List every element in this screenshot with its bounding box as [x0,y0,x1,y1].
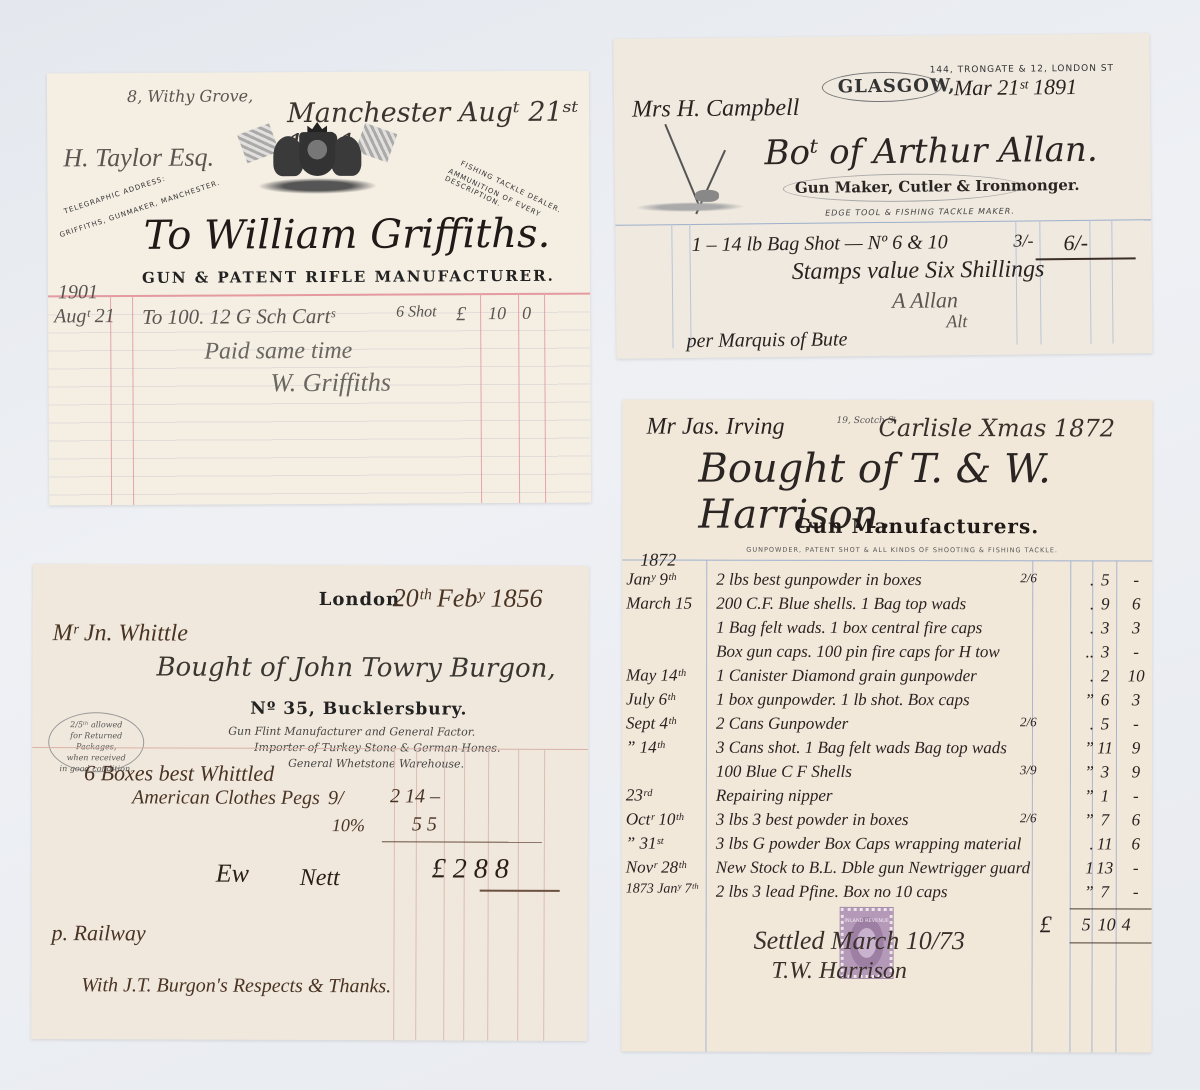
row-shillings: 9 [1090,594,1120,614]
table-row: Novʳ 28ᵗʰNew Stock to B.L. Dble gun Newt… [622,858,1152,883]
entry-description: To 100. 12 G Sch Cartˢ [142,304,335,330]
date: 20ᵗʰ Febʸ 1856 [393,583,543,614]
row-pence: - [1122,882,1150,902]
table-row: Box gun caps. 100 pin fire caps for H to… [622,642,1152,667]
shipping-note: p. Railway [51,920,145,946]
merchant-name: Bought of John Towry Burgon, [156,652,555,683]
table-row: July 6ᵗʰ1 box gunpowder. 1 lb shot. Box … [622,690,1152,715]
row-shillings: 3 [1090,618,1120,638]
invoice-burgon: London 20ᵗʰ Febʸ 1856 Mʳ Jn. Whittle Bou… [31,564,589,1041]
entry-description: 6 Boxes best Whittled [84,760,274,787]
recipient: H. Taylor Esq. [63,143,214,174]
row-date: Novʳ 28ᵗʰ [626,858,712,878]
row-pence: 3 [1122,690,1150,710]
telegraphic-address-line1: Telegraphic Address: [63,175,167,216]
row-description: 1 Canister Diamond grain gunpowder [716,666,1096,687]
total-shillings: 10 [1098,914,1116,935]
merchant-name: To William Griffiths. [144,211,551,259]
row-description: 1 box gunpowder. 1 lb shot. Box caps [716,690,1096,711]
row-pence: 6 [1122,594,1150,614]
city: GLASGOW, [838,75,956,97]
row-description: 3 lbs G powder Box Caps wrapping materia… [716,834,1096,855]
table-row: Janʸ 9ᵗʰ2 lbs best gunpowder in boxes2/6… [622,570,1152,595]
discount-amount: 5 5 [412,813,437,836]
row-shillings: 3 [1090,642,1120,662]
row-pence: 6 [1122,834,1150,854]
entry-amount: 6/- [1063,230,1088,256]
row-description: Box gun caps. 100 pin fire caps for H to… [716,642,1096,663]
stamp-text: INLAND REVENUE [844,918,890,924]
entry-shillings: 10 [488,303,506,324]
entry-rate: 6 Shot [396,303,437,321]
table-row: 1 Bag felt wads. 1 box central fire caps… [622,618,1152,643]
signature-initials: Alt [946,311,967,332]
line-item: 6 Boxes best Whittled American Clothes P… [33,564,589,566]
row-description: New Stock to B.L. Dble gun Newtrigger gu… [716,858,1096,879]
row-date: March 15 [626,594,712,614]
row-shillings: 5 [1090,714,1120,734]
stamps-note: Stamps value Six Shillings [792,256,1045,286]
receipt-note: Paid same time [204,338,352,366]
row-pence: - [1122,858,1150,878]
entry-date: Augᵗ 21 [54,305,115,328]
entry-amount: 2 14 – [390,785,440,808]
row-rate: 2/6 [1020,714,1060,730]
total-pound-symbol: £ [1040,912,1052,939]
invoice-total: £ 5 10 4 [623,400,1153,401]
row-description: 200 C.F. Blue shells. 1 Bag top wads [716,594,1096,615]
row-pence: 9 [1122,762,1150,782]
trade-line-1: Gun Flint Manufacturer and General Facto… [228,725,475,739]
row-description: 3 Cans shot. 1 Bag felt wads Bag top wad… [716,738,1096,759]
trade-line: GUN & PATENT RIFLE MANUFACTURER. [142,267,555,287]
row-shillings: 3 [1090,762,1120,782]
row-pence: - [1122,714,1150,734]
row-shillings: 6 [1090,690,1120,710]
table-row: May 14ᵗʰ1 Canister Diamond grain gunpowd… [622,666,1152,691]
row-pence: 3 [1122,618,1150,638]
entry-description-2: American Clothes Pegs [132,786,320,810]
row-pence: 10 [1122,666,1150,686]
line-item: 1 – 14 lb Bag Shot — Nº 6 & 10 3/- 6/- [613,33,1149,39]
row-date: 23ʳᵈ [626,786,712,806]
row-pence: - [1122,786,1150,806]
discount-label: 10% [332,815,365,836]
recipient: Mrs H. Campbell [632,95,800,124]
closing-note: With J.T. Burgon's Respects & Thanks. [81,974,391,998]
signature: T.W. Harrison [772,958,907,985]
fishing-rod-and-gun-engraving-icon [634,123,745,214]
entry-description: 1 – 14 lb Bag Shot — Nº 6 & 10 [691,231,947,257]
address: 8, Withy Grove, [127,86,253,106]
table-row: ” 31ˢᵗ3 lbs G powder Box Caps wrapping m… [622,834,1152,859]
signature: W. Griffiths [270,368,391,399]
row-pence: 6 [1122,810,1150,830]
recipient: Mʳ Jn. Whittle [53,620,188,647]
row-date: 1873 Janʸ 7ᵗʰ [626,882,712,898]
trade-line: Gun Manufacturers. [794,514,1039,538]
table-row: 1873 Janʸ 7ᵗʰ2 lbs 3 lead Pfine. Box no … [622,882,1152,907]
row-description: 1 Bag felt wads. 1 box central fire caps [716,618,1096,639]
row-date: Sept 4ᵗʰ [626,714,712,734]
row-description: Repairing nipper [716,786,1096,807]
table-row: ” 14ᵗʰ3 Cans shot. 1 Bag felt wads Bag t… [622,738,1152,763]
row-description: 2 lbs 3 lead Pfine. Box no 10 caps [716,882,1096,903]
ledger-rows: Janʸ 9ᵗʰ2 lbs best gunpowder in boxes2/6… [622,570,1152,571]
sub-trade-line: EDGE TOOL & FISHING TACKLE MAKER. [825,207,1015,218]
total-pounds: 5 [1082,914,1091,935]
merchant-name: Boᵗ of Arthur Allan. [764,130,1098,173]
row-date: July 6ᵗʰ [626,690,712,710]
row-date: Janʸ 9ᵗʰ [626,570,712,590]
entry-pence: 0 [522,303,531,324]
table-row: 23ʳᵈRepairing nipper”1- [622,786,1152,811]
row-shillings: 11 [1090,834,1120,854]
sub-trade-line: GUNPOWDER, PATENT SHOT & ALL KINDS OF SH… [746,546,1058,555]
entry-rate: 3/- [1013,230,1033,251]
signature: A Allan [892,287,958,314]
row-shillings: 7 [1090,882,1120,902]
line-item: 10% 5 5 [33,564,589,566]
invoice-harrison: Mr Jas. Irving 19, Scotch Sᵗ Carlisle Xm… [621,400,1152,1053]
row-rate: 2/6 [1020,810,1060,826]
invoice-griffiths: 8, Withy Grove, Manchester Augᵗ 21ˢᵗ 190… [47,71,591,506]
row-date: May 14ᵗʰ [626,666,712,686]
row-shillings: 11 [1090,738,1120,758]
oval-line-1: 2/5ᵗʰ allowed [49,719,143,730]
oval-line-2: for Returned Packages, [49,730,143,752]
trade-line-3: General Whetstone Warehouse. [288,757,464,771]
row-pence: - [1122,642,1150,662]
row-date: ” 31ˢᵗ [626,834,712,854]
row-shillings: 1 [1090,786,1120,806]
nett-label: Nett [300,865,340,892]
recipient: Mr Jas. Irving [646,414,784,441]
place-date: Carlisle Xmas 1872 [878,414,1115,442]
row-date: ” 14ᵗʰ [626,738,712,758]
line-item: Augᵗ 21 To 100. 12 G Sch Cartˢ 6 Shot £ … [47,71,589,74]
year: 1901 [58,281,98,304]
row-rate: 3/9 [1020,762,1060,778]
total-amount: £ 2 8 8 [432,853,509,885]
row-date: Octʳ 10ᵗʰ [626,810,712,830]
table-row: 100 Blue C F Shells3/9”39 [622,762,1152,787]
date: Mar 21ˢᵗ 1891 [954,74,1077,101]
row-shillings: 5 [1090,570,1120,590]
row-shillings: 13 [1090,858,1120,878]
row-shillings: 2 [1090,666,1120,686]
table-row: Sept 4ᵗʰ2 Cans Gunpowder2/6.5- [622,714,1152,739]
table-row: March 15200 C.F. Blue shells. 1 Bag top … [622,594,1152,619]
settlement-note: Settled March 10/73 [754,926,965,956]
initials: Ew [216,859,249,889]
place: London [319,589,401,610]
shipping-note: per Marquis of Bute [686,328,847,353]
invoice-allan: 144, TRONGATE & 12, LONDON ST GLASGOW, M… [613,33,1152,359]
row-pence: 9 [1122,738,1150,758]
shop-address: Nº 35, Bucklersbury. [250,699,467,720]
table-row: Octʳ 10ᵗʰ3 lbs 3 best powder in boxes2/6… [622,810,1152,835]
row-pence: - [1122,570,1150,590]
royal-coat-of-arms-icon [237,122,397,195]
total-pence: 4 [1122,914,1131,935]
year: 1872 [640,550,676,571]
entry-pounds-symbol: £ [456,303,466,326]
trade-line: Gun Maker, Cutler & Ironmonger. [795,176,1080,197]
entry-rate: 9/ [328,787,344,810]
row-shillings: 7 [1090,810,1120,830]
row-rate: 2/6 [1020,570,1060,586]
